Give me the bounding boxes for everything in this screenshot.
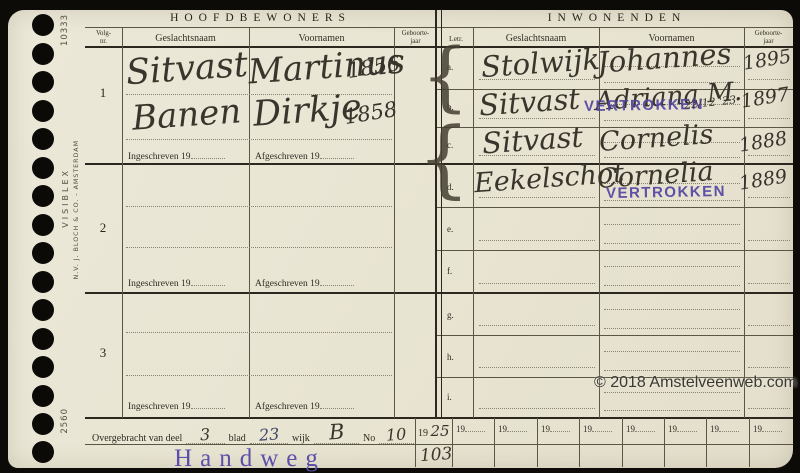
rule — [415, 418, 416, 467]
writing-line — [604, 243, 740, 244]
writing-line — [479, 325, 595, 326]
rule — [437, 207, 793, 208]
punch-hole — [32, 242, 54, 264]
punch-hole — [32, 328, 54, 350]
watermark: © 2018 Amstelveenweb.com — [594, 374, 797, 392]
writing-line — [479, 240, 595, 241]
writing-line — [126, 139, 392, 140]
writing-line — [748, 197, 790, 198]
surname-entry: Sitvast — [125, 48, 249, 91]
group-1-volgnr: 1 — [85, 85, 121, 101]
rule — [473, 27, 474, 418]
ingeschreven-label: Ingeschreven 19 — [128, 150, 225, 162]
writing-line — [604, 309, 740, 310]
left-col-volgnr-line2: nr. — [85, 38, 122, 46]
rule — [494, 418, 495, 467]
writing-line — [479, 408, 595, 409]
punch-hole — [32, 100, 54, 122]
writing-line — [479, 283, 595, 284]
firstnames-entry: Cornelis — [598, 121, 714, 156]
transfer-label-blad: blad — [229, 433, 246, 444]
transfer-row: Overgebracht van deel 3 blad 23 wijk B N… — [92, 420, 414, 444]
writing-line — [748, 79, 790, 80]
writing-line — [126, 375, 392, 376]
afgeschreven-label: Afgeschreven 19 — [255, 277, 354, 289]
rule — [537, 418, 538, 467]
writing-line — [748, 283, 790, 284]
punch-hole — [32, 14, 54, 36]
writing-line — [126, 206, 392, 207]
writing-line — [748, 155, 790, 156]
writing-line — [748, 408, 790, 409]
year-cell: 19 — [710, 424, 739, 434]
right-col-birthyear: Geboorte- jaar — [744, 30, 793, 46]
card-stock-number-bottom: 2560 — [60, 408, 70, 434]
writing-line — [604, 370, 740, 371]
transfer-label-wijk: wijk — [292, 433, 310, 444]
rule — [437, 335, 793, 336]
rule — [749, 418, 750, 467]
maker-name: N.V. J. BLOCH & CO. - AMSTERDAM — [73, 140, 80, 279]
rule — [622, 418, 623, 467]
surname-entry: Sitvast — [481, 123, 584, 159]
row-letter: h. — [447, 352, 454, 362]
left-col-volgnr: Volg- nr. — [85, 30, 122, 46]
rule — [394, 27, 395, 418]
ingeschreven-label: Ingeschreven 19 — [128, 277, 225, 289]
row-letter: g. — [447, 310, 454, 320]
writing-line — [479, 367, 595, 368]
punch-hole — [32, 71, 54, 93]
punch-hole — [32, 299, 54, 321]
writing-line — [748, 325, 790, 326]
left-col-volgnr-line1: Volg- — [85, 30, 122, 38]
rule — [744, 27, 745, 418]
punch-hole — [32, 385, 54, 407]
rule — [706, 418, 707, 467]
rule — [579, 418, 580, 467]
punch-hole — [32, 43, 54, 65]
street-stamp: Handweg — [85, 445, 415, 473]
right-col-birthyear-line1: Geboorte- — [744, 30, 793, 38]
year-cell: 19 — [541, 424, 570, 434]
card-stock-number-top: 10333 — [60, 14, 70, 46]
brace-rows-cd: { — [417, 116, 470, 200]
punch-hole — [32, 356, 54, 378]
writing-line — [604, 410, 740, 411]
rule — [664, 418, 665, 467]
transfer-value-wijk: B — [328, 421, 345, 443]
writing-line — [604, 392, 740, 393]
row-letter: f. — [447, 266, 452, 276]
year-cell: 19 — [583, 424, 612, 434]
writing-line — [604, 224, 740, 225]
punch-hole — [32, 128, 54, 150]
afgeschreven-label: Afgeschreven 19 — [255, 150, 354, 162]
year-cell: 19 — [498, 424, 527, 434]
brand-name: VISIBLEX — [61, 168, 70, 228]
year-cell-first: 19 25 — [418, 424, 450, 439]
house-number: 103 — [419, 446, 453, 465]
row-letter: e. — [447, 224, 453, 234]
surname-entry: Stolwijk — [480, 45, 601, 82]
punch-hole — [32, 441, 54, 463]
writing-line — [604, 285, 740, 286]
writing-line — [604, 328, 740, 329]
left-col-firstnames: Voornamen — [249, 33, 394, 44]
year-cell: 19 — [626, 424, 655, 434]
afgeschreven-label: Afgeschreven 19 — [255, 400, 354, 412]
vertrokken-stamp: VERTROKKEN — [606, 183, 726, 202]
rule — [599, 27, 600, 418]
writing-line — [604, 266, 740, 267]
punch-hole — [32, 413, 54, 435]
brace-rows-ab: { — [421, 38, 469, 114]
transfer-value-blad: 23 — [258, 426, 279, 443]
punch-hole — [32, 185, 54, 207]
year-cell: 19 — [668, 424, 697, 434]
transfer-value-deel: 3 — [200, 427, 211, 444]
transfer-label-deel: Overgebracht van deel — [92, 433, 182, 444]
row-letter: i. — [447, 392, 452, 402]
year-cell: 19 — [753, 424, 782, 434]
punch-hole — [32, 271, 54, 293]
left-section-title: HOOFDBEWONERS — [85, 12, 436, 24]
year-cell: 19 — [456, 424, 485, 434]
transfer-label-no: No — [363, 433, 375, 444]
surname-entry: Sitvast — [478, 85, 581, 121]
group-3-volgnr: 3 — [85, 345, 121, 361]
writing-line — [126, 247, 392, 248]
left-col-surname: Geslachtsnaam — [122, 33, 249, 44]
rule — [437, 250, 793, 251]
writing-line — [748, 118, 790, 119]
rule — [122, 27, 123, 418]
writing-line — [126, 332, 392, 333]
right-section-title: INWONENDEN — [441, 12, 793, 24]
group-2-volgnr: 2 — [85, 220, 121, 236]
transfer-value-no: 10 — [386, 426, 407, 443]
punch-hole — [32, 157, 54, 179]
writing-line — [748, 367, 790, 368]
ingeschreven-label: Ingeschreven 19 — [128, 400, 225, 412]
writing-line — [748, 240, 790, 241]
year-cell-first-value: 25 — [431, 422, 450, 440]
punch-hole — [32, 214, 54, 236]
surname-entry: Banen — [131, 94, 242, 136]
writing-line — [604, 351, 740, 352]
